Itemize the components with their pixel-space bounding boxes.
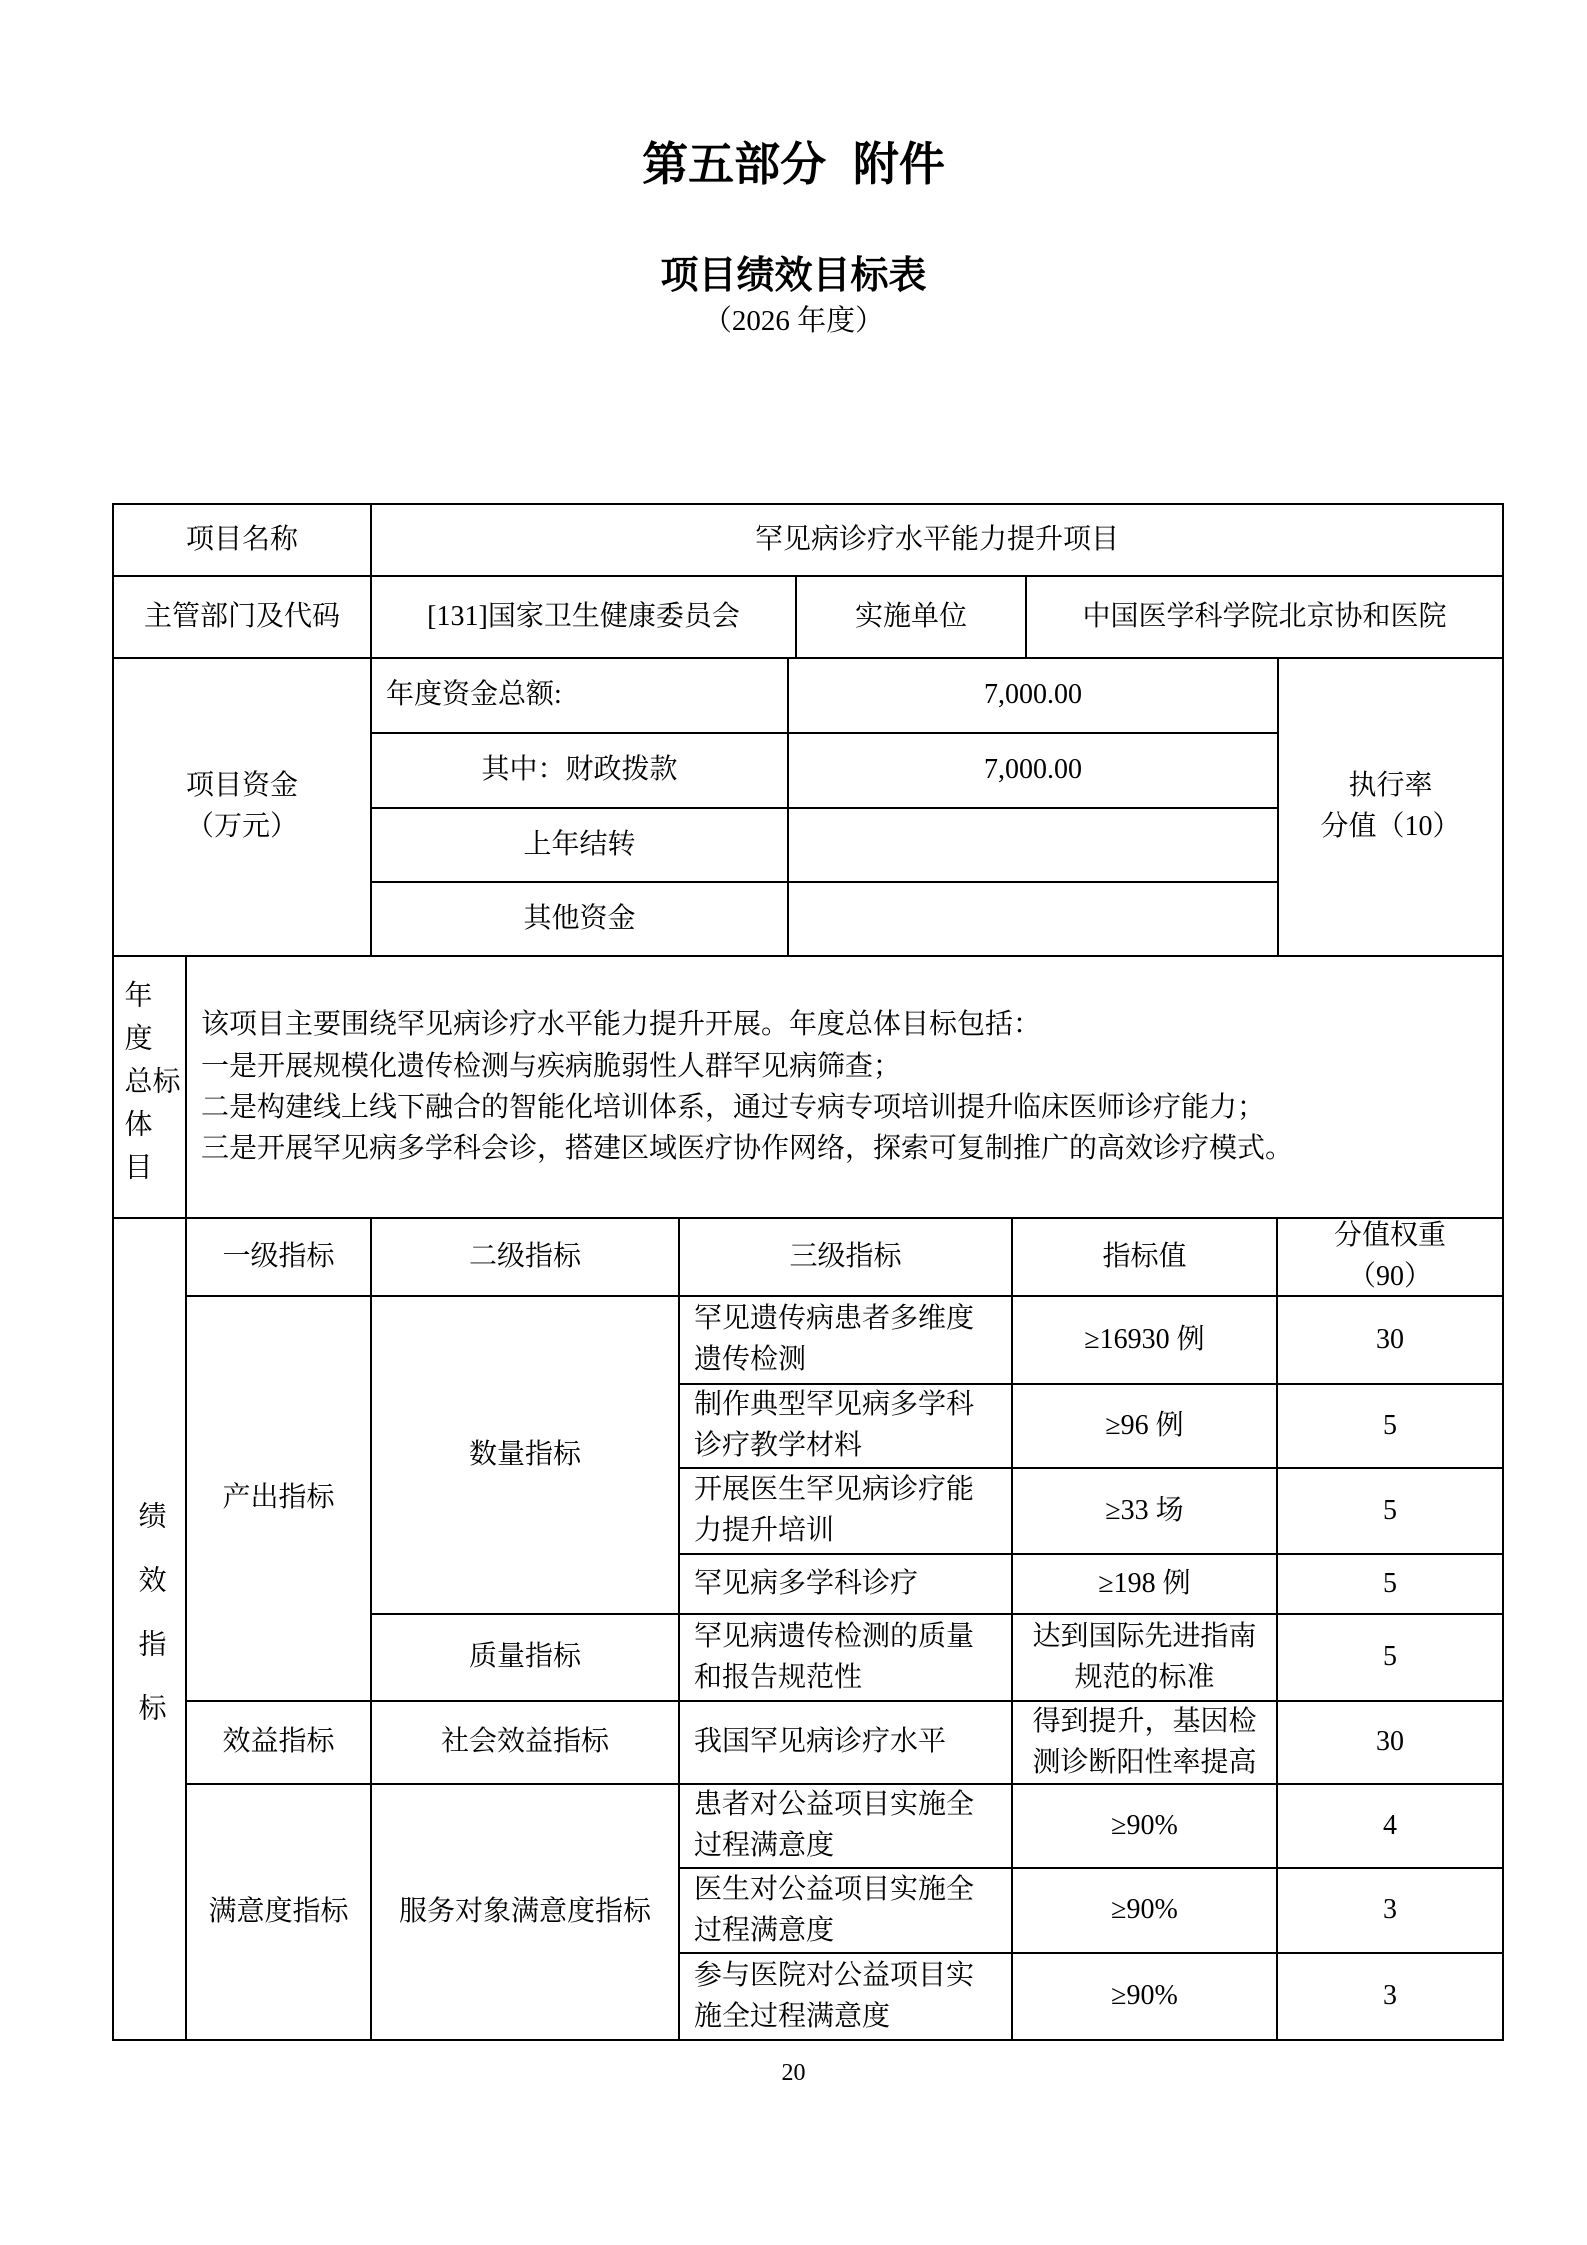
section-project-info: 项目名称 罕见病诊疗水平能力提升项目 主管部门及代码 [131]国家卫生健康委员…: [114, 505, 1502, 659]
l3-row5-cell: 我国罕见病诊疗水平: [680, 1702, 1013, 1785]
l3-row8-cell: 参与医院对公益项目实 施全过程满意度: [680, 1954, 1013, 2039]
l3-row3-cell: 罕见病多学科诊疗: [680, 1555, 1013, 1615]
l3-row1-cell: 制作典型罕见病多学科 诊疗教学材料: [680, 1385, 1013, 1469]
level2-social-cell: 社会效益指标: [372, 1702, 680, 1785]
funds-value-carryover-cell: [789, 809, 1279, 883]
annual-goal-text-cell: 该项目主要围绕罕见病诊疗水平能力提升开展。年度总体目标包括： 一是开展规模化遗传…: [187, 957, 1502, 1219]
header-value-cell: 指标值: [1013, 1219, 1278, 1297]
page-number: 20: [0, 2060, 1587, 2087]
value-row7-cell: ≥90%: [1013, 1869, 1278, 1954]
header-level1-cell: 一级指标: [187, 1219, 372, 1297]
document-page: 第五部分 附件 项目绩效目标表 （2026 年度） 项目名称 罕见病诊疗水平能力…: [0, 0, 1587, 2245]
funds-value-fiscal-cell: 7,000.00: [789, 734, 1279, 809]
project-name-value-cell: 罕见病诊疗水平能力提升项目: [372, 505, 1502, 577]
weight-row1-cell: 5: [1278, 1385, 1502, 1469]
funds-value-other-cell: [789, 883, 1279, 957]
perf-indicator-label: 绩效指标: [136, 1501, 164, 1757]
dept-label-cell: 主管部门及代码: [114, 577, 372, 659]
l3-row6-cell: 患者对公益项目实施全 过程满意度: [680, 1785, 1013, 1869]
weight-row0-cell: 30: [1278, 1297, 1502, 1385]
weight-row7-cell: 3: [1278, 1869, 1502, 1954]
performance-target-table: 项目名称 罕见病诊疗水平能力提升项目 主管部门及代码 [131]国家卫生健康委员…: [112, 503, 1504, 2041]
level2-quantity-cell: 数量指标: [372, 1297, 680, 1615]
funds-item-carryover-cell: 上年结转: [372, 809, 789, 883]
funds-item-fiscal-cell: 其中：财政拨款: [372, 734, 789, 809]
funds-value-total-cell: 7,000.00: [789, 659, 1279, 734]
level1-output-cell: 产出指标: [187, 1297, 372, 1702]
l3-row7-cell: 医生对公益项目实施全 过程满意度: [680, 1869, 1013, 1954]
document-title: 第五部分 附件: [0, 128, 1587, 194]
value-row8-cell: ≥90%: [1013, 1954, 1278, 2039]
weight-row8-cell: 3: [1278, 1954, 1502, 2039]
value-row0-cell: ≥16930 例: [1013, 1297, 1278, 1385]
funds-item-total-cell: 年度资金总额:: [372, 659, 789, 734]
value-row3-cell: ≥198 例: [1013, 1555, 1278, 1615]
l3-row4-cell: 罕见病遗传检测的质量 和报告规范性: [680, 1615, 1013, 1702]
weight-row5-cell: 30: [1278, 1702, 1502, 1785]
l3-row0-cell: 罕见遗传病患者多维度 遗传检测: [680, 1297, 1013, 1385]
project-name-label-cell: 项目名称: [114, 505, 372, 577]
dept-value-cell: [131]国家卫生健康委员会: [372, 577, 797, 659]
section-indicators: 绩效指标 一级指标 二级指标 三级指标 指标值 分值权重 （90） 产出指标 效…: [114, 1219, 1502, 2039]
impl-unit-value-cell: 中国医学科学院北京协和医院: [1027, 577, 1502, 659]
value-row5-cell: 得到提升，基因检 测诊断阳性率提高: [1013, 1702, 1278, 1785]
header-level3-cell: 三级指标: [680, 1219, 1013, 1297]
level2-service-cell: 服务对象满意度指标: [372, 1785, 680, 2039]
weight-row4-cell: 5: [1278, 1615, 1502, 1702]
funds-item-other-cell: 其他资金: [372, 883, 789, 957]
level1-benefit-cell: 效益指标: [187, 1702, 372, 1785]
level2-quality-cell: 质量指标: [372, 1615, 680, 1702]
impl-unit-label-cell: 实施单位: [797, 577, 1027, 659]
value-row1-cell: ≥96 例: [1013, 1385, 1278, 1469]
header-level2-cell: 二级指标: [372, 1219, 680, 1297]
value-row6-cell: ≥90%: [1013, 1785, 1278, 1869]
section-annual-goal: 年度总体目标 该项目主要围绕罕见病诊疗水平能力提升开展。年度总体目标包括： 一是…: [114, 957, 1502, 1219]
annual-goal-label-cell: 年度总体目标: [114, 957, 187, 1219]
level1-satisfaction-cell: 满意度指标: [187, 1785, 372, 2039]
value-row2-cell: ≥33 场: [1013, 1469, 1278, 1555]
year-line: （2026 年度）: [0, 298, 1587, 339]
funds-label-cell: 项目资金 （万元）: [114, 659, 372, 957]
exec-rate-score-cell: 执行率 分值（10）: [1279, 659, 1502, 957]
table-title: 项目绩效目标表: [0, 244, 1587, 299]
weight-row2-cell: 5: [1278, 1469, 1502, 1555]
value-row4-cell: 达到国际先进指南 规范的标准: [1013, 1615, 1278, 1702]
header-weight-cell: 分值权重 （90）: [1278, 1219, 1502, 1297]
weight-row6-cell: 4: [1278, 1785, 1502, 1869]
perf-indicator-label-cell: 绩效指标: [114, 1219, 187, 2039]
annual-goal-label: 年度总体目标: [122, 959, 178, 1215]
l3-row2-cell: 开展医生罕见病诊疗能 力提升培训: [680, 1469, 1013, 1555]
weight-row3-cell: 5: [1278, 1555, 1502, 1615]
section-funds: 项目资金 （万元） 年度资金总额: 7,000.00 其中：财政拨款 7,000…: [114, 659, 1502, 957]
